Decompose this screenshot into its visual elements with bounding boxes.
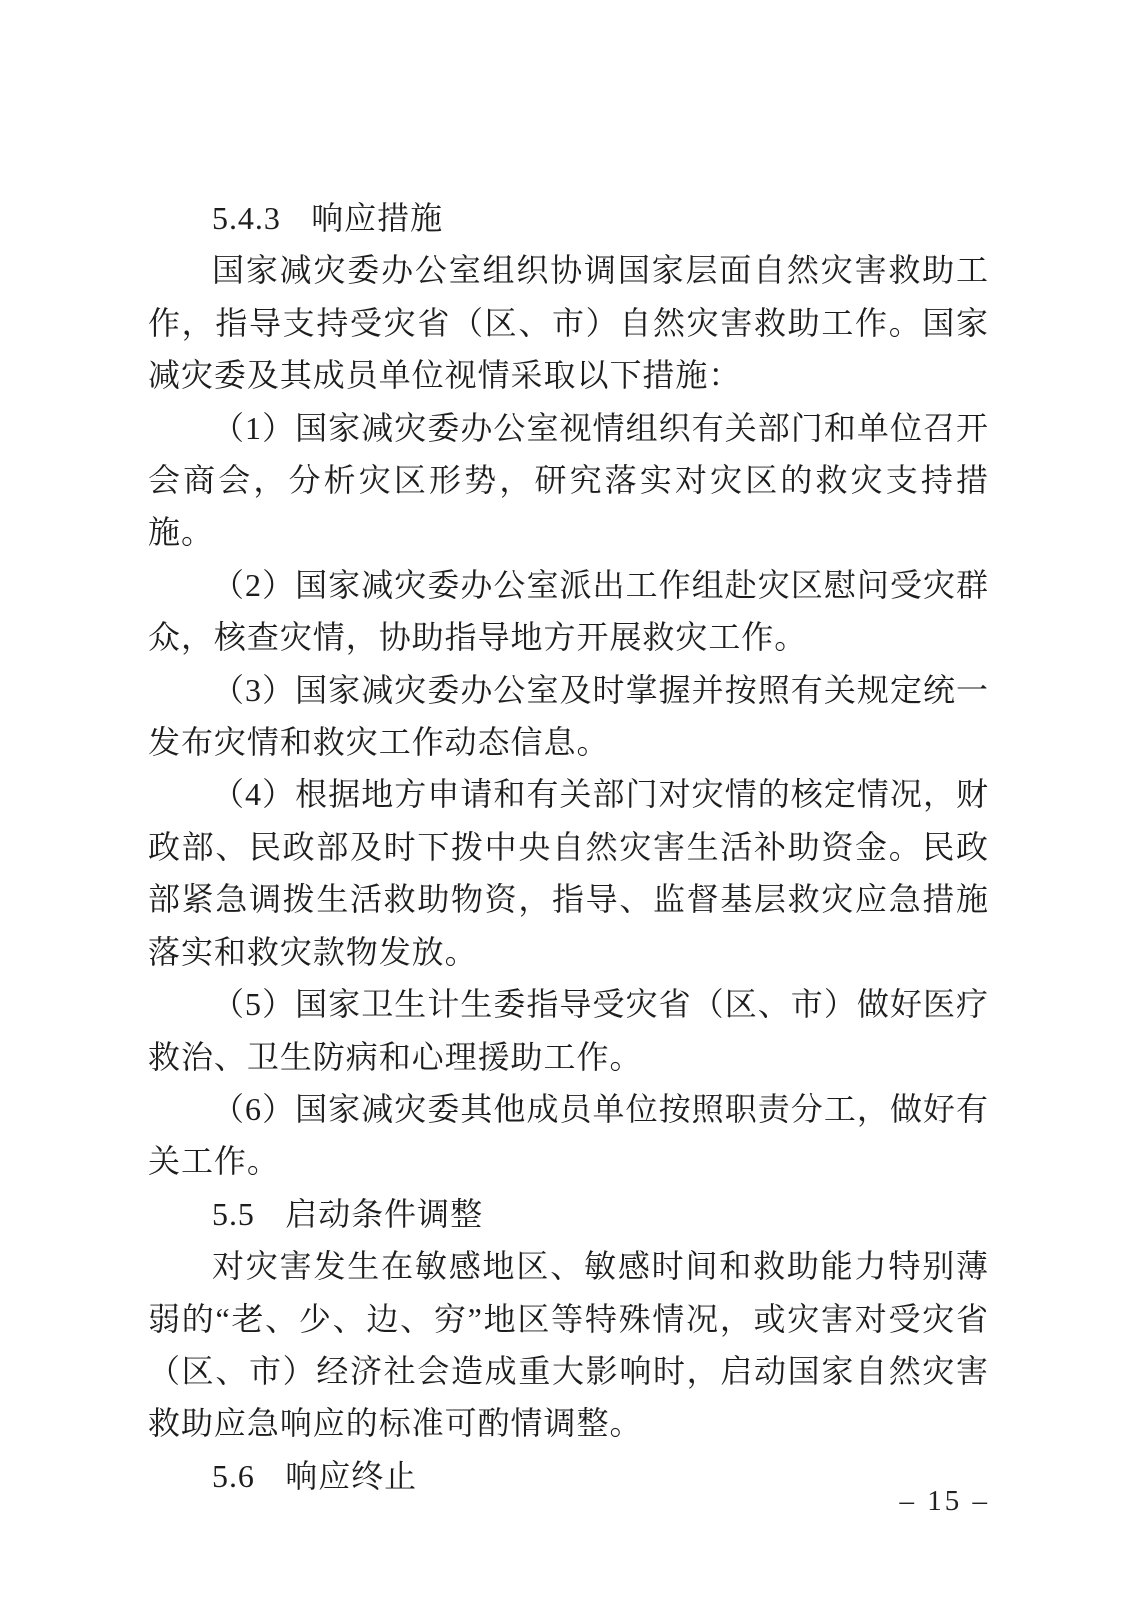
page-number: – 15 – bbox=[900, 1484, 991, 1518]
document-body: 5.4.3响应措施国家减灾委办公室组织协调国家层面自然灾害救助工作，指导支持受灾… bbox=[148, 192, 989, 1502]
body-paragraph: （4）根据地方申请和有关部门对灾情的核定情况，财政部、民政部及时下拨中央自然灾害… bbox=[148, 768, 989, 978]
section-heading-number: 5.4.3 bbox=[212, 200, 281, 236]
body-paragraph: （5）国家卫生计生委指导受灾省（区、市）做好医疗救治、卫生防病和心理援助工作。 bbox=[148, 978, 989, 1083]
section-heading: 5.4.3响应措施 bbox=[148, 192, 989, 244]
body-paragraph: （2）国家减灾委办公室派出工作组赴灾区慰问受灾群众，核查灾情，协助指导地方开展救… bbox=[148, 559, 989, 664]
section-heading-title: 启动条件调整 bbox=[285, 1196, 483, 1232]
section-heading: 5.5启动条件调整 bbox=[148, 1188, 989, 1240]
body-paragraph: （6）国家减灾委其他成员单位按照职责分工，做好有关工作。 bbox=[148, 1083, 989, 1188]
body-paragraph: 国家减灾委办公室组织协调国家层面自然灾害救助工作，指导支持受灾省（区、市）自然灾… bbox=[148, 244, 989, 401]
document-page: 5.4.3响应措施国家减灾委办公室组织协调国家层面自然灾害救助工作，指导支持受灾… bbox=[0, 0, 1131, 1600]
section-heading-number: 5.6 bbox=[212, 1458, 255, 1494]
body-paragraph: 对灾害发生在敏感地区、敏感时间和救助能力特别薄弱的“老、少、边、穷”地区等特殊情… bbox=[148, 1240, 989, 1450]
section-heading-number: 5.5 bbox=[212, 1196, 255, 1232]
body-paragraph: （1）国家减灾委办公室视情组织有关部门和单位召开会商会，分析灾区形势，研究落实对… bbox=[148, 402, 989, 559]
section-heading-title: 响应终止 bbox=[285, 1458, 417, 1494]
section-heading-title: 响应措施 bbox=[311, 200, 443, 236]
body-paragraph: （3）国家减灾委办公室及时掌握并按照有关规定统一发布灾情和救灾工作动态信息。 bbox=[148, 664, 989, 769]
section-heading: 5.6响应终止 bbox=[148, 1450, 989, 1502]
